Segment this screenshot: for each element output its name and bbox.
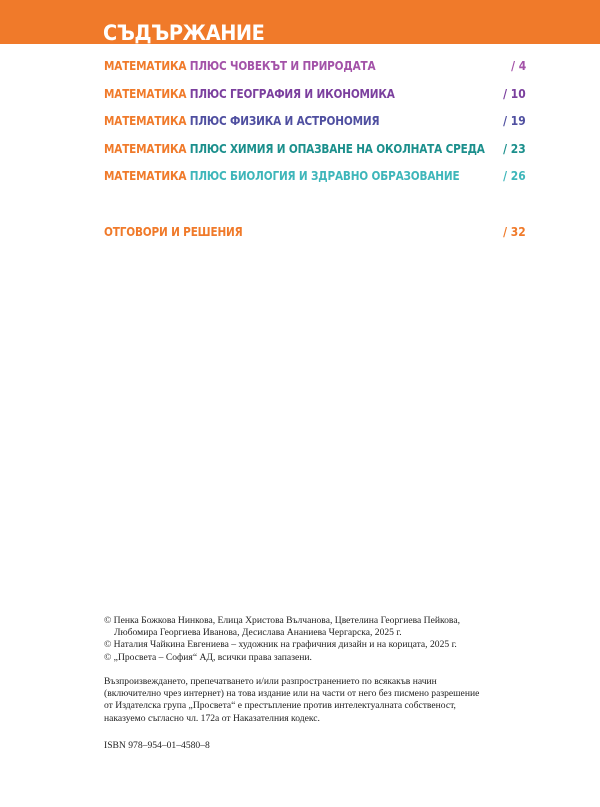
header-band <box>0 0 600 44</box>
isbn: ISBN 978–954–01–4580–8 <box>104 740 210 751</box>
page-title: СЪДЪРЖАНИЕ <box>103 23 264 44</box>
credit-line: © Наталия Чайкина Евгениева – художник н… <box>104 639 504 651</box>
toc-entry-page: / 4 <box>511 59 526 73</box>
legal-line: наказуемо съгласно чл. 172а от Наказател… <box>104 713 504 725</box>
legal-line: Възпроизвеждането, препечатването и/или … <box>104 676 504 688</box>
toc-entry-prefix: МАТЕМАТИКА <box>104 59 186 73</box>
credit-line: © Пенка Божкова Нинкова, Елица Христова … <box>104 615 504 627</box>
toc-entry-prefix: МАТЕМАТИКА <box>104 142 186 156</box>
toc-entry-prefix: МАТЕМАТИКА <box>104 87 186 101</box>
toc-entry-title: ПЛЮС ГЕОГРАФИЯ И ИКОНОМИКА <box>186 87 394 101</box>
toc-entry-answers[interactable]: ОТГОВОРИ И РЕШЕНИЯ / 32 <box>104 225 526 253</box>
copyright-credits: © Пенка Божкова Нинкова, Елица Христова … <box>104 615 504 664</box>
toc-entry-chemistry-environment[interactable]: МАТЕМАТИКА ПЛЮС ХИМИЯ И ОПАЗВАНЕ НА ОКОЛ… <box>104 142 526 170</box>
toc-entry-title: ПЛЮС ЧОВЕКЪТ И ПРИРОДАТА <box>186 59 375 73</box>
toc-entry-physics-astronomy[interactable]: МАТЕМАТИКА ПЛЮС ФИЗИКА И АСТРОНОМИЯ / 19 <box>104 114 526 142</box>
toc-entry-geography-economics[interactable]: МАТЕМАТИКА ПЛЮС ГЕОГРАФИЯ И ИКОНОМИКА / … <box>104 87 526 115</box>
toc-entry-page: / 26 <box>503 169 526 183</box>
credit-line: © „Просвета – София“ АД, всички права за… <box>104 652 504 664</box>
toc-entry-prefix: МАТЕМАТИКА <box>104 114 186 128</box>
toc-entry-title: ПЛЮС ХИМИЯ И ОПАЗВАНЕ НА ОКОЛНАТА СРЕДА <box>186 142 484 156</box>
toc-entry-biology-health[interactable]: МАТЕМАТИКА ПЛЮС БИОЛОГИЯ И ЗДРАВНО ОБРАЗ… <box>104 169 526 197</box>
legal-notice: Възпроизвеждането, препечатването и/или … <box>104 676 504 725</box>
toc-entry-title: ПЛЮС БИОЛОГИЯ И ЗДРАВНО ОБРАЗОВАНИЕ <box>186 169 459 183</box>
legal-line: (включително чрез интернет) на това изда… <box>104 688 504 700</box>
toc-entry-page: / 10 <box>503 87 526 101</box>
legal-line: от Издателска група „Просвета“ е престъп… <box>104 700 504 712</box>
table-of-contents: МАТЕМАТИКА ПЛЮС ЧОВЕКЪТ И ПРИРОДАТА / 4 … <box>104 59 526 252</box>
credit-line: Любомира Георгиева Иванова, Десислава Ан… <box>104 627 504 639</box>
toc-entry-page: / 32 <box>503 225 526 239</box>
toc-entry-page: / 19 <box>503 114 526 128</box>
toc-entry-title: ОТГОВОРИ И РЕШЕНИЯ <box>104 225 243 239</box>
toc-entry-title: ПЛЮС ФИЗИКА И АСТРОНОМИЯ <box>186 114 379 128</box>
toc-entry-prefix: МАТЕМАТИКА <box>104 169 186 183</box>
toc-entry-man-and-nature[interactable]: МАТЕМАТИКА ПЛЮС ЧОВЕКЪТ И ПРИРОДАТА / 4 <box>104 59 526 87</box>
toc-entry-page: / 23 <box>503 142 526 156</box>
